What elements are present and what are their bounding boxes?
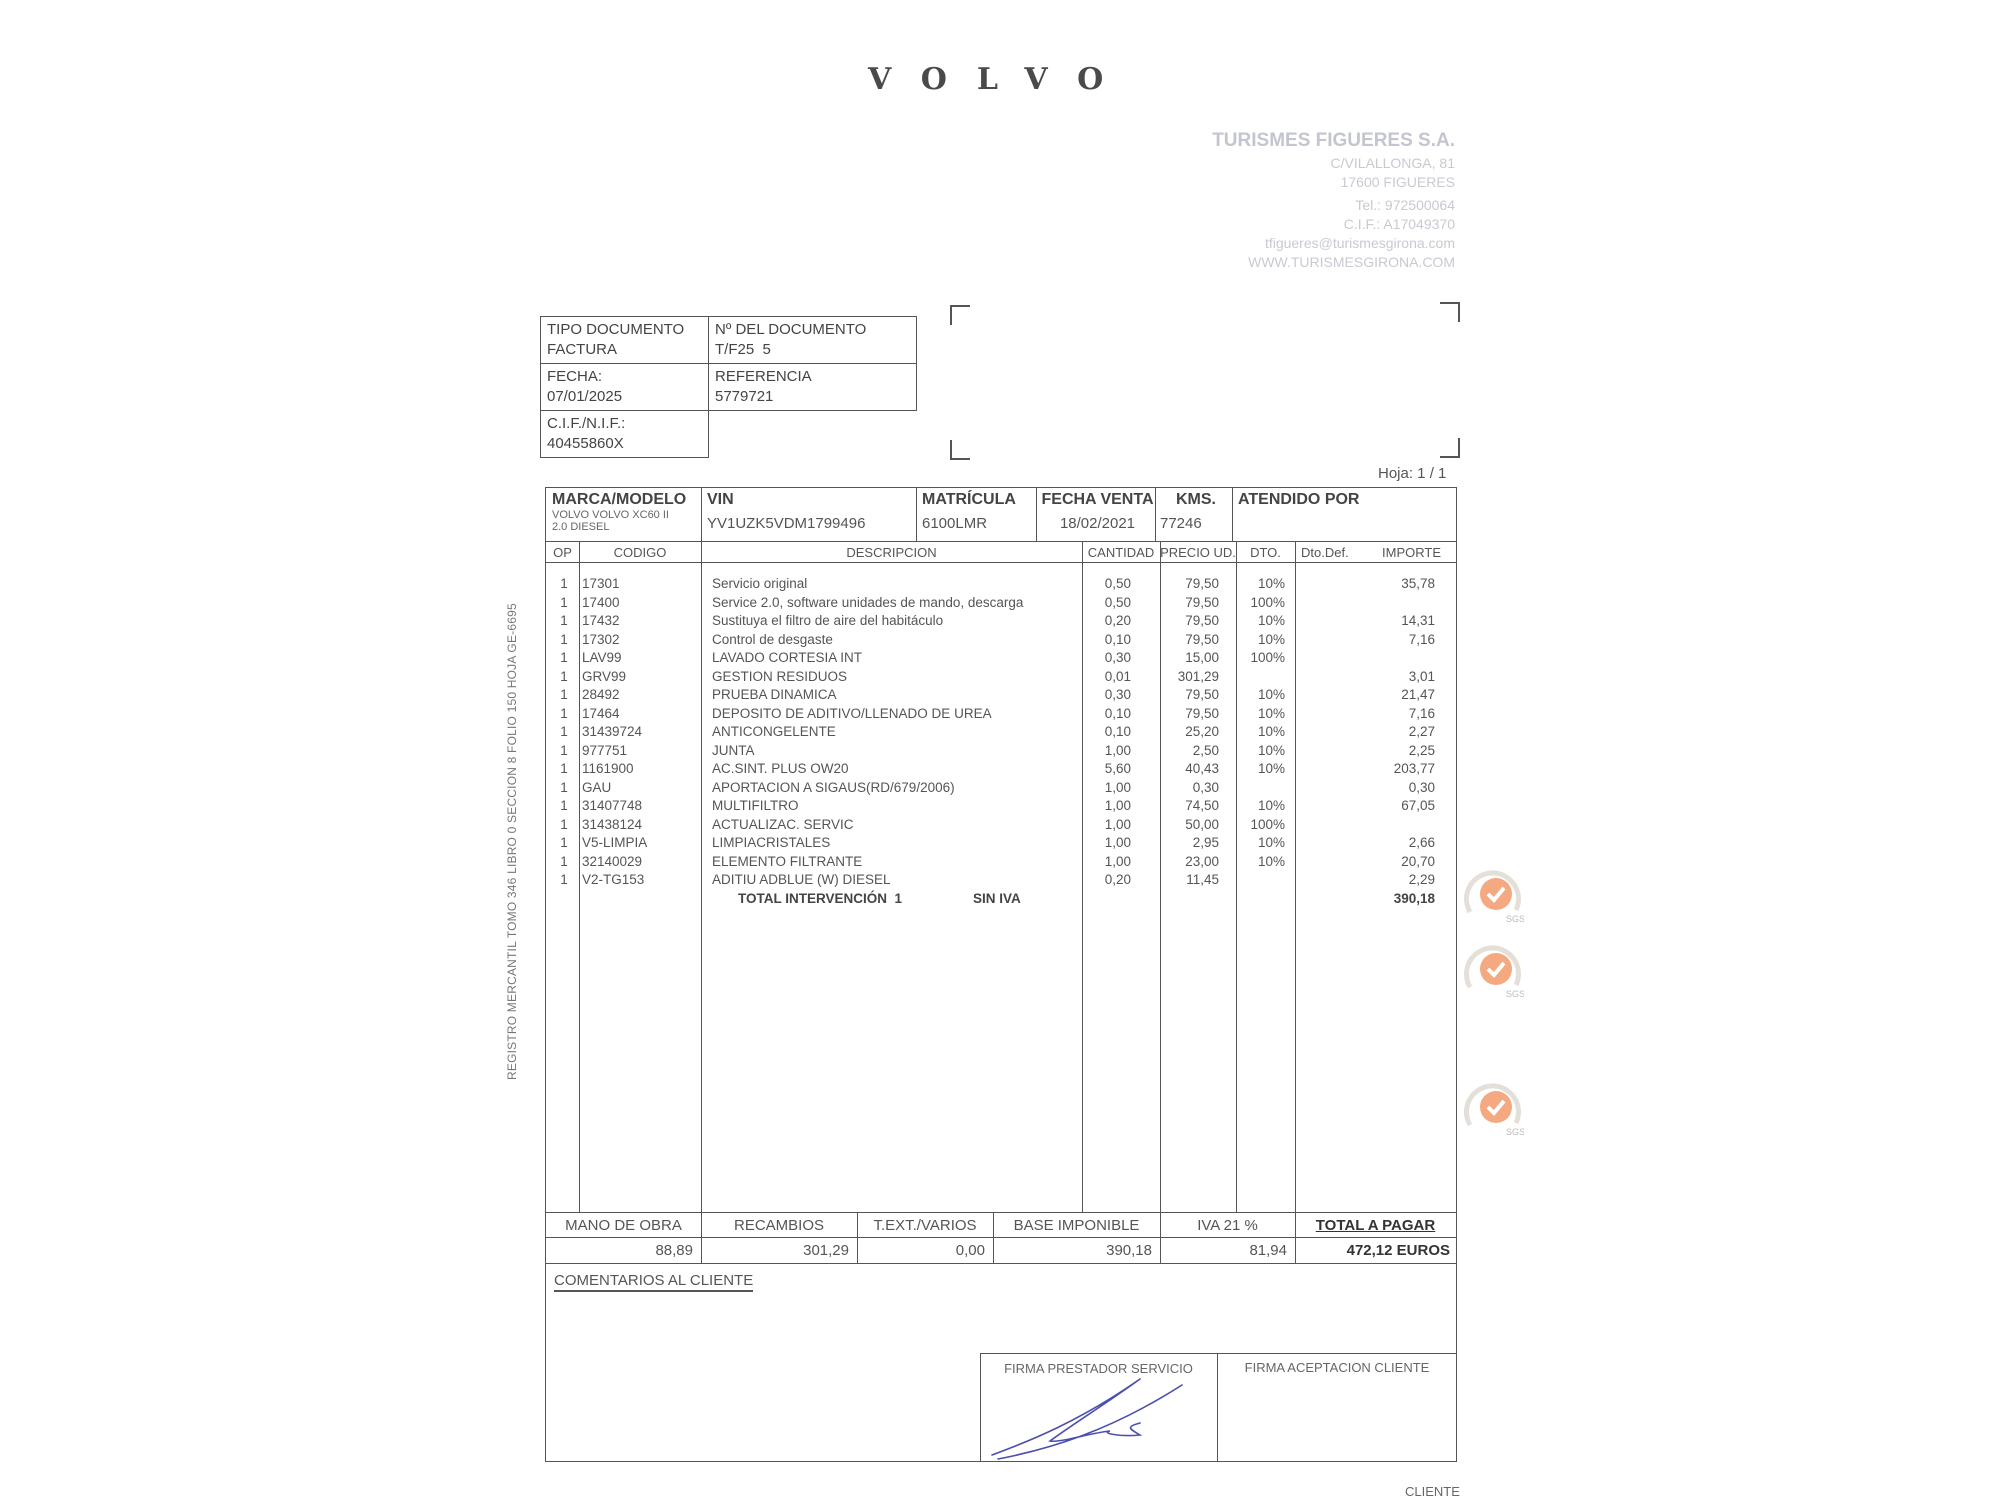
divider (1036, 488, 1037, 541)
description-cell: Service 2.0, software unidades de mando,… (712, 595, 1023, 610)
code-cell: V5-LIMPIA (582, 835, 647, 850)
description-cell: LIMPIACRISTALES (712, 835, 830, 850)
col-op: OP (546, 545, 579, 560)
op-cell: 1 (556, 854, 572, 869)
labor-label: MANO DE OBRA (546, 1217, 701, 1234)
quantity-cell: 0,10 (1105, 706, 1131, 721)
divider (546, 1237, 1456, 1238)
table-row: 117464DEPOSITO DE ADITIVO/LLENADO DE URE… (548, 706, 1453, 725)
col-descripcion: DESCRIPCION (701, 545, 1082, 560)
discount-cell: 100% (1250, 817, 1285, 832)
customer-comments-label: COMENTARIOS AL CLIENTE (554, 1272, 753, 1292)
doc-type-label: TIPO DOCUMENTO (547, 320, 702, 340)
table-row: 1V5-LIMPIALIMPIACRISTALES1,002,9510%2,66 (548, 835, 1453, 854)
amount-cell: 35,78 (1401, 576, 1435, 591)
code-cell: 977751 (582, 743, 627, 758)
unit-price-cell: 79,50 (1185, 613, 1219, 628)
quantity-cell: 0,50 (1105, 576, 1131, 591)
kms-cell: KMS. 77246 (1160, 491, 1232, 532)
doc-reference-cell: REFERENCIA 5779721 (709, 364, 917, 411)
col-precio: PRECIO UD. (1160, 545, 1236, 560)
amount-cell: 203,77 (1394, 761, 1435, 776)
signature-section: FIRMA PRESTADOR SERVICIO FIRMA ACEPTACIO… (980, 1353, 1457, 1462)
doc-reference-value: 5779721 (715, 387, 910, 407)
total-intervention-value: 390,18 (1394, 891, 1435, 906)
address-window-corner (950, 440, 970, 460)
divider (546, 541, 1456, 542)
quantity-cell: 1,00 (1105, 780, 1131, 795)
discount-cell: 10% (1258, 632, 1285, 647)
op-cell: 1 (556, 613, 572, 628)
sgs-certification-icon: SGS (1462, 937, 1524, 1004)
divider (916, 488, 917, 541)
amount-cell: 20,70 (1401, 854, 1435, 869)
col-cantidad: CANTIDAD (1082, 545, 1160, 560)
quantity-cell: 1,00 (1105, 854, 1131, 869)
kms-label: KMS. (1160, 491, 1232, 509)
code-cell: LAV99 (582, 650, 622, 665)
unit-price-cell: 79,50 (1185, 632, 1219, 647)
address-window-corner (950, 305, 970, 325)
code-cell: 17301 (582, 576, 620, 591)
unit-price-cell: 50,00 (1185, 817, 1219, 832)
doc-type-value: FACTURA (547, 340, 702, 360)
unit-price-cell: 2,50 (1193, 743, 1219, 758)
client-signature-label: FIRMA ACEPTACION CLIENTE (1217, 1360, 1457, 1375)
code-cell: 17432 (582, 613, 620, 628)
doc-type-cell: TIPO DOCUMENTO FACTURA (541, 317, 709, 364)
description-cell: Control de desgaste (712, 632, 833, 647)
company-city: 17600 FIGUERES (1212, 173, 1455, 192)
discount-cell: 100% (1250, 650, 1285, 665)
tax-note: SIN IVA (973, 891, 1021, 906)
sale-date-cell: FECHA VENTA 18/02/2021 (1040, 491, 1155, 532)
op-cell: 1 (556, 817, 572, 832)
svg-text:SGS: SGS (1506, 914, 1524, 924)
unit-price-cell: 79,50 (1185, 595, 1219, 610)
sale-date-value: 18/02/2021 (1040, 515, 1155, 532)
unit-price-cell: 0,30 (1193, 780, 1219, 795)
code-cell: 28492 (582, 687, 620, 702)
quantity-cell: 1,00 (1105, 817, 1131, 832)
company-web: WWW.TURISMESGIRONA.COM (1212, 253, 1455, 272)
table-row: 1LAV99LAVADO CORTESIA INT0,3015,00100% (548, 650, 1453, 669)
total-due-label: TOTAL A PAGAR (1295, 1217, 1456, 1234)
divider (1155, 488, 1156, 541)
code-cell: 17464 (582, 706, 620, 721)
discount-cell: 10% (1258, 724, 1285, 739)
op-cell: 1 (556, 780, 572, 795)
svg-text:SGS: SGS (1506, 1127, 1524, 1137)
labor-value: 88,89 (546, 1242, 693, 1259)
unit-price-cell: 79,50 (1185, 706, 1219, 721)
description-cell: JUNTA (712, 743, 755, 758)
discount-cell: 100% (1250, 595, 1285, 610)
volvo-logo: VOLVO (868, 62, 1133, 97)
divider (1232, 488, 1233, 541)
misc-label: T.EXT./VARIOS (857, 1217, 993, 1234)
quantity-cell: 0,50 (1105, 595, 1131, 610)
plate-value: 6100LMR (922, 515, 1016, 532)
plate-cell: MATRÍCULA 6100LMR (922, 491, 1016, 532)
provider-signature (990, 1371, 1190, 1461)
quantity-cell: 0,10 (1105, 632, 1131, 647)
col-dto: DTO. (1236, 545, 1295, 560)
amount-cell: 67,05 (1401, 798, 1435, 813)
sale-date-label: FECHA VENTA (1040, 491, 1155, 509)
parts-value: 301,29 (701, 1242, 849, 1259)
quantity-cell: 0,20 (1105, 613, 1131, 628)
quantity-cell: 0,01 (1105, 669, 1131, 684)
tax-base-value: 390,18 (993, 1242, 1152, 1259)
code-cell: 1161900 (582, 761, 634, 776)
discount-cell: 10% (1258, 687, 1285, 702)
table-row: 117432Sustituya el filtro de aire del ha… (548, 613, 1453, 632)
description-cell: Servicio original (712, 576, 807, 591)
table-row: 117301Servicio original0,5079,5010%35,78 (548, 576, 1453, 595)
company-name: TURISMES FIGUERES S.A. (1212, 130, 1455, 152)
quantity-cell: 0,20 (1105, 872, 1131, 887)
vat-label: IVA 21 % (1160, 1217, 1295, 1234)
code-cell: V2-TG153 (582, 872, 644, 887)
unit-price-cell: 301,29 (1178, 669, 1219, 684)
sheet-number: Hoja: 1 / 1 (1378, 465, 1446, 482)
amount-cell: 21,47 (1401, 687, 1435, 702)
total-due-value: 472,12 EUROS (1295, 1242, 1450, 1259)
discount-cell: 10% (1258, 743, 1285, 758)
amount-cell: 7,16 (1409, 632, 1435, 647)
code-cell: 31407748 (582, 798, 642, 813)
quantity-cell: 1,00 (1105, 835, 1131, 850)
doc-date-label: FECHA: (547, 367, 702, 387)
vin-label: VIN (707, 491, 865, 509)
divider (546, 1263, 1456, 1264)
vin-cell: VIN YV1UZK5VDM1799496 (707, 491, 865, 532)
document-info-box: TIPO DOCUMENTO FACTURA Nº DEL DOCUMENTO … (540, 316, 917, 458)
code-cell: 17400 (582, 595, 620, 610)
description-cell: Sustituya el filtro de aire del habitácu… (712, 613, 943, 628)
amount-cell: 2,27 (1409, 724, 1435, 739)
op-cell: 1 (556, 724, 572, 739)
doc-nif-value: 40455860X (547, 434, 702, 454)
table-row: 1GRV99GESTION RESIDUOS0,01301,293,01 (548, 669, 1453, 688)
company-email: tfigueres@turismesgirona.com (1212, 234, 1455, 253)
unit-price-cell: 2,95 (1193, 835, 1219, 850)
op-cell: 1 (556, 872, 572, 887)
description-cell: LAVADO CORTESIA INT (712, 650, 862, 665)
col-codigo: CODIGO (579, 545, 701, 560)
code-cell: 32140029 (582, 854, 642, 869)
description-cell: GESTION RESIDUOS (712, 669, 847, 684)
doc-number-cell: Nº DEL DOCUMENTO T/F25 5 (709, 317, 917, 364)
unit-price-cell: 25,20 (1185, 724, 1219, 739)
description-cell: ADITIU ADBLUE (W) DIESEL (712, 872, 891, 887)
table-row: 11161900AC.SINT. PLUS OW205,6040,4310%20… (548, 761, 1453, 780)
op-cell: 1 (556, 576, 572, 591)
amount-cell: 2,66 (1409, 835, 1435, 850)
unit-price-cell: 23,00 (1185, 854, 1219, 869)
attended-by-cell: ATENDIDO POR (1238, 491, 1359, 509)
description-cell: ELEMENTO FILTRANTE (712, 854, 862, 869)
amount-cell: 7,16 (1409, 706, 1435, 721)
quantity-cell: 0,30 (1105, 687, 1131, 702)
discount-cell: 10% (1258, 798, 1285, 813)
misc-value: 0,00 (857, 1242, 985, 1259)
tax-base-label: BASE IMPONIBLE (993, 1217, 1160, 1234)
amount-cell: 0,30 (1409, 780, 1435, 795)
total-intervention-label: TOTAL INTERVENCIÓN 1 (738, 891, 902, 906)
plate-label: MATRÍCULA (922, 491, 1016, 509)
table-row: 1V2-TG153ADITIU ADBLUE (W) DIESEL0,2011,… (548, 872, 1453, 891)
parts-label: RECAMBIOS (701, 1217, 857, 1234)
discount-cell: 10% (1258, 706, 1285, 721)
sgs-certification-icon: SGS (1462, 862, 1524, 929)
table-row: 117302Control de desgaste0,1079,5010%7,1… (548, 632, 1453, 651)
col-importe: IMPORTE (1382, 545, 1441, 560)
description-cell: PRUEBA DINAMICA (712, 687, 837, 702)
op-cell: 1 (556, 798, 572, 813)
kms-value: 77246 (1160, 515, 1232, 532)
description-cell: AC.SINT. PLUS OW20 (712, 761, 849, 776)
unit-price-cell: 11,45 (1186, 872, 1219, 887)
amount-cell: 3,01 (1409, 669, 1435, 684)
description-cell: MULTIFILTRO (712, 798, 799, 813)
table-row: 1977751JUNTA1,002,5010%2,25 (548, 743, 1453, 762)
line-items: 117301Servicio original0,5079,5010%35,78… (548, 576, 1453, 909)
op-cell: 1 (556, 706, 572, 721)
sgs-certification-icon: SGS (1462, 1075, 1524, 1142)
op-cell: 1 (556, 595, 572, 610)
amount-cell: 2,25 (1409, 743, 1435, 758)
op-cell: 1 (556, 650, 572, 665)
vehicle-model-value: VOLVO VOLVO XC60 II (552, 509, 686, 521)
quantity-cell: 5,60 (1105, 761, 1131, 776)
code-cell: 17302 (582, 632, 620, 647)
vehicle-model-cell: MARCA/MODELO VOLVO VOLVO XC60 II 2.0 DIE… (552, 491, 686, 533)
divider (546, 562, 1456, 563)
doc-number-value: T/F25 5 (715, 340, 910, 360)
doc-number-label: Nº DEL DOCUMENTO (715, 320, 910, 340)
table-row: 117400Service 2.0, software unidades de … (548, 595, 1453, 614)
divider (701, 488, 702, 541)
quantity-cell: 0,10 (1105, 724, 1131, 739)
code-cell: GAU (582, 780, 611, 795)
vin-value: YV1UZK5VDM1799496 (707, 515, 865, 532)
divider (546, 1212, 1456, 1213)
unit-price-cell: 79,50 (1185, 687, 1219, 702)
op-cell: 1 (556, 761, 572, 776)
unit-price-cell: 40,43 (1185, 761, 1219, 776)
col-dto-def: Dto.Def. (1301, 545, 1349, 560)
doc-nif-cell: C.I.F./N.I.F.: 40455860X (541, 411, 709, 458)
discount-cell: 10% (1258, 576, 1285, 591)
vehicle-model-label: MARCA/MODELO (552, 491, 686, 509)
quantity-cell: 1,00 (1105, 798, 1131, 813)
op-cell: 1 (556, 669, 572, 684)
company-cif: C.I.F.: A17049370 (1212, 215, 1455, 234)
op-cell: 1 (556, 743, 572, 758)
op-cell: 1 (556, 835, 572, 850)
table-row: 131407748MULTIFILTRO1,0074,5010%67,05 (548, 798, 1453, 817)
op-cell: 1 (556, 632, 572, 647)
code-cell: 31439724 (582, 724, 642, 739)
description-cell: APORTACION A SIGAUS(RD/679/2006) (712, 780, 955, 795)
company-address: C/VILALLONGA, 81 (1212, 154, 1455, 173)
description-cell: ANTICONGELENTE (712, 724, 836, 739)
registry-note: REGISTRO MERCANTIL TOMO 346 LIBRO 0 SECC… (505, 603, 519, 1080)
table-row: 128492PRUEBA DINAMICA0,3079,5010%21,47 (548, 687, 1453, 706)
empty-cell (709, 411, 917, 458)
attended-by-label: ATENDIDO POR (1238, 491, 1359, 509)
table-row: 131439724ANTICONGELENTE0,1025,2010%2,27 (548, 724, 1453, 743)
discount-cell: 10% (1258, 835, 1285, 850)
code-cell: GRV99 (582, 669, 626, 684)
total-intervention-row: TOTAL INTERVENCIÓN 1SIN IVA390,18 (548, 891, 1453, 910)
doc-nif-label: C.I.F./N.I.F.: (547, 414, 702, 434)
quantity-cell: 1,00 (1105, 743, 1131, 758)
unit-price-cell: 74,50 (1185, 798, 1219, 813)
address-window-corner (1440, 438, 1460, 458)
doc-date-cell: FECHA: 07/01/2025 (541, 364, 709, 411)
code-cell: 31438124 (582, 817, 642, 832)
discount-cell: 10% (1258, 761, 1285, 776)
table-row: 1GAUAPORTACION A SIGAUS(RD/679/2006)1,00… (548, 780, 1453, 799)
copy-label: CLIENTE (1405, 1484, 1460, 1499)
discount-cell: 10% (1258, 854, 1285, 869)
description-cell: DEPOSITO DE ADITIVO/LLENADO DE UREA (712, 706, 992, 721)
svg-text:SGS: SGS (1506, 989, 1524, 999)
address-window-corner (1440, 302, 1460, 322)
amount-cell: 14,31 (1401, 613, 1435, 628)
op-cell: 1 (556, 687, 572, 702)
doc-reference-label: REFERENCIA (715, 367, 910, 387)
discount-cell: 10% (1258, 613, 1285, 628)
company-phone: Tel.: 972500064 (1212, 196, 1455, 215)
vat-value: 81,94 (1160, 1242, 1287, 1259)
amount-cell: 2,29 (1409, 872, 1435, 887)
unit-price-cell: 15,00 (1185, 650, 1219, 665)
table-row: 132140029ELEMENTO FILTRANTE1,0023,0010%2… (548, 854, 1453, 873)
quantity-cell: 0,30 (1105, 650, 1131, 665)
vehicle-engine-value: 2.0 DIESEL (552, 521, 686, 533)
table-row: 131438124ACTUALIZAC. SERVIC1,0050,00100% (548, 817, 1453, 836)
company-info: TURISMES FIGUERES S.A. C/VILALLONGA, 81 … (1212, 130, 1455, 272)
doc-date-value: 07/01/2025 (547, 387, 702, 407)
description-cell: ACTUALIZAC. SERVIC (712, 817, 854, 832)
unit-price-cell: 79,50 (1185, 576, 1219, 591)
